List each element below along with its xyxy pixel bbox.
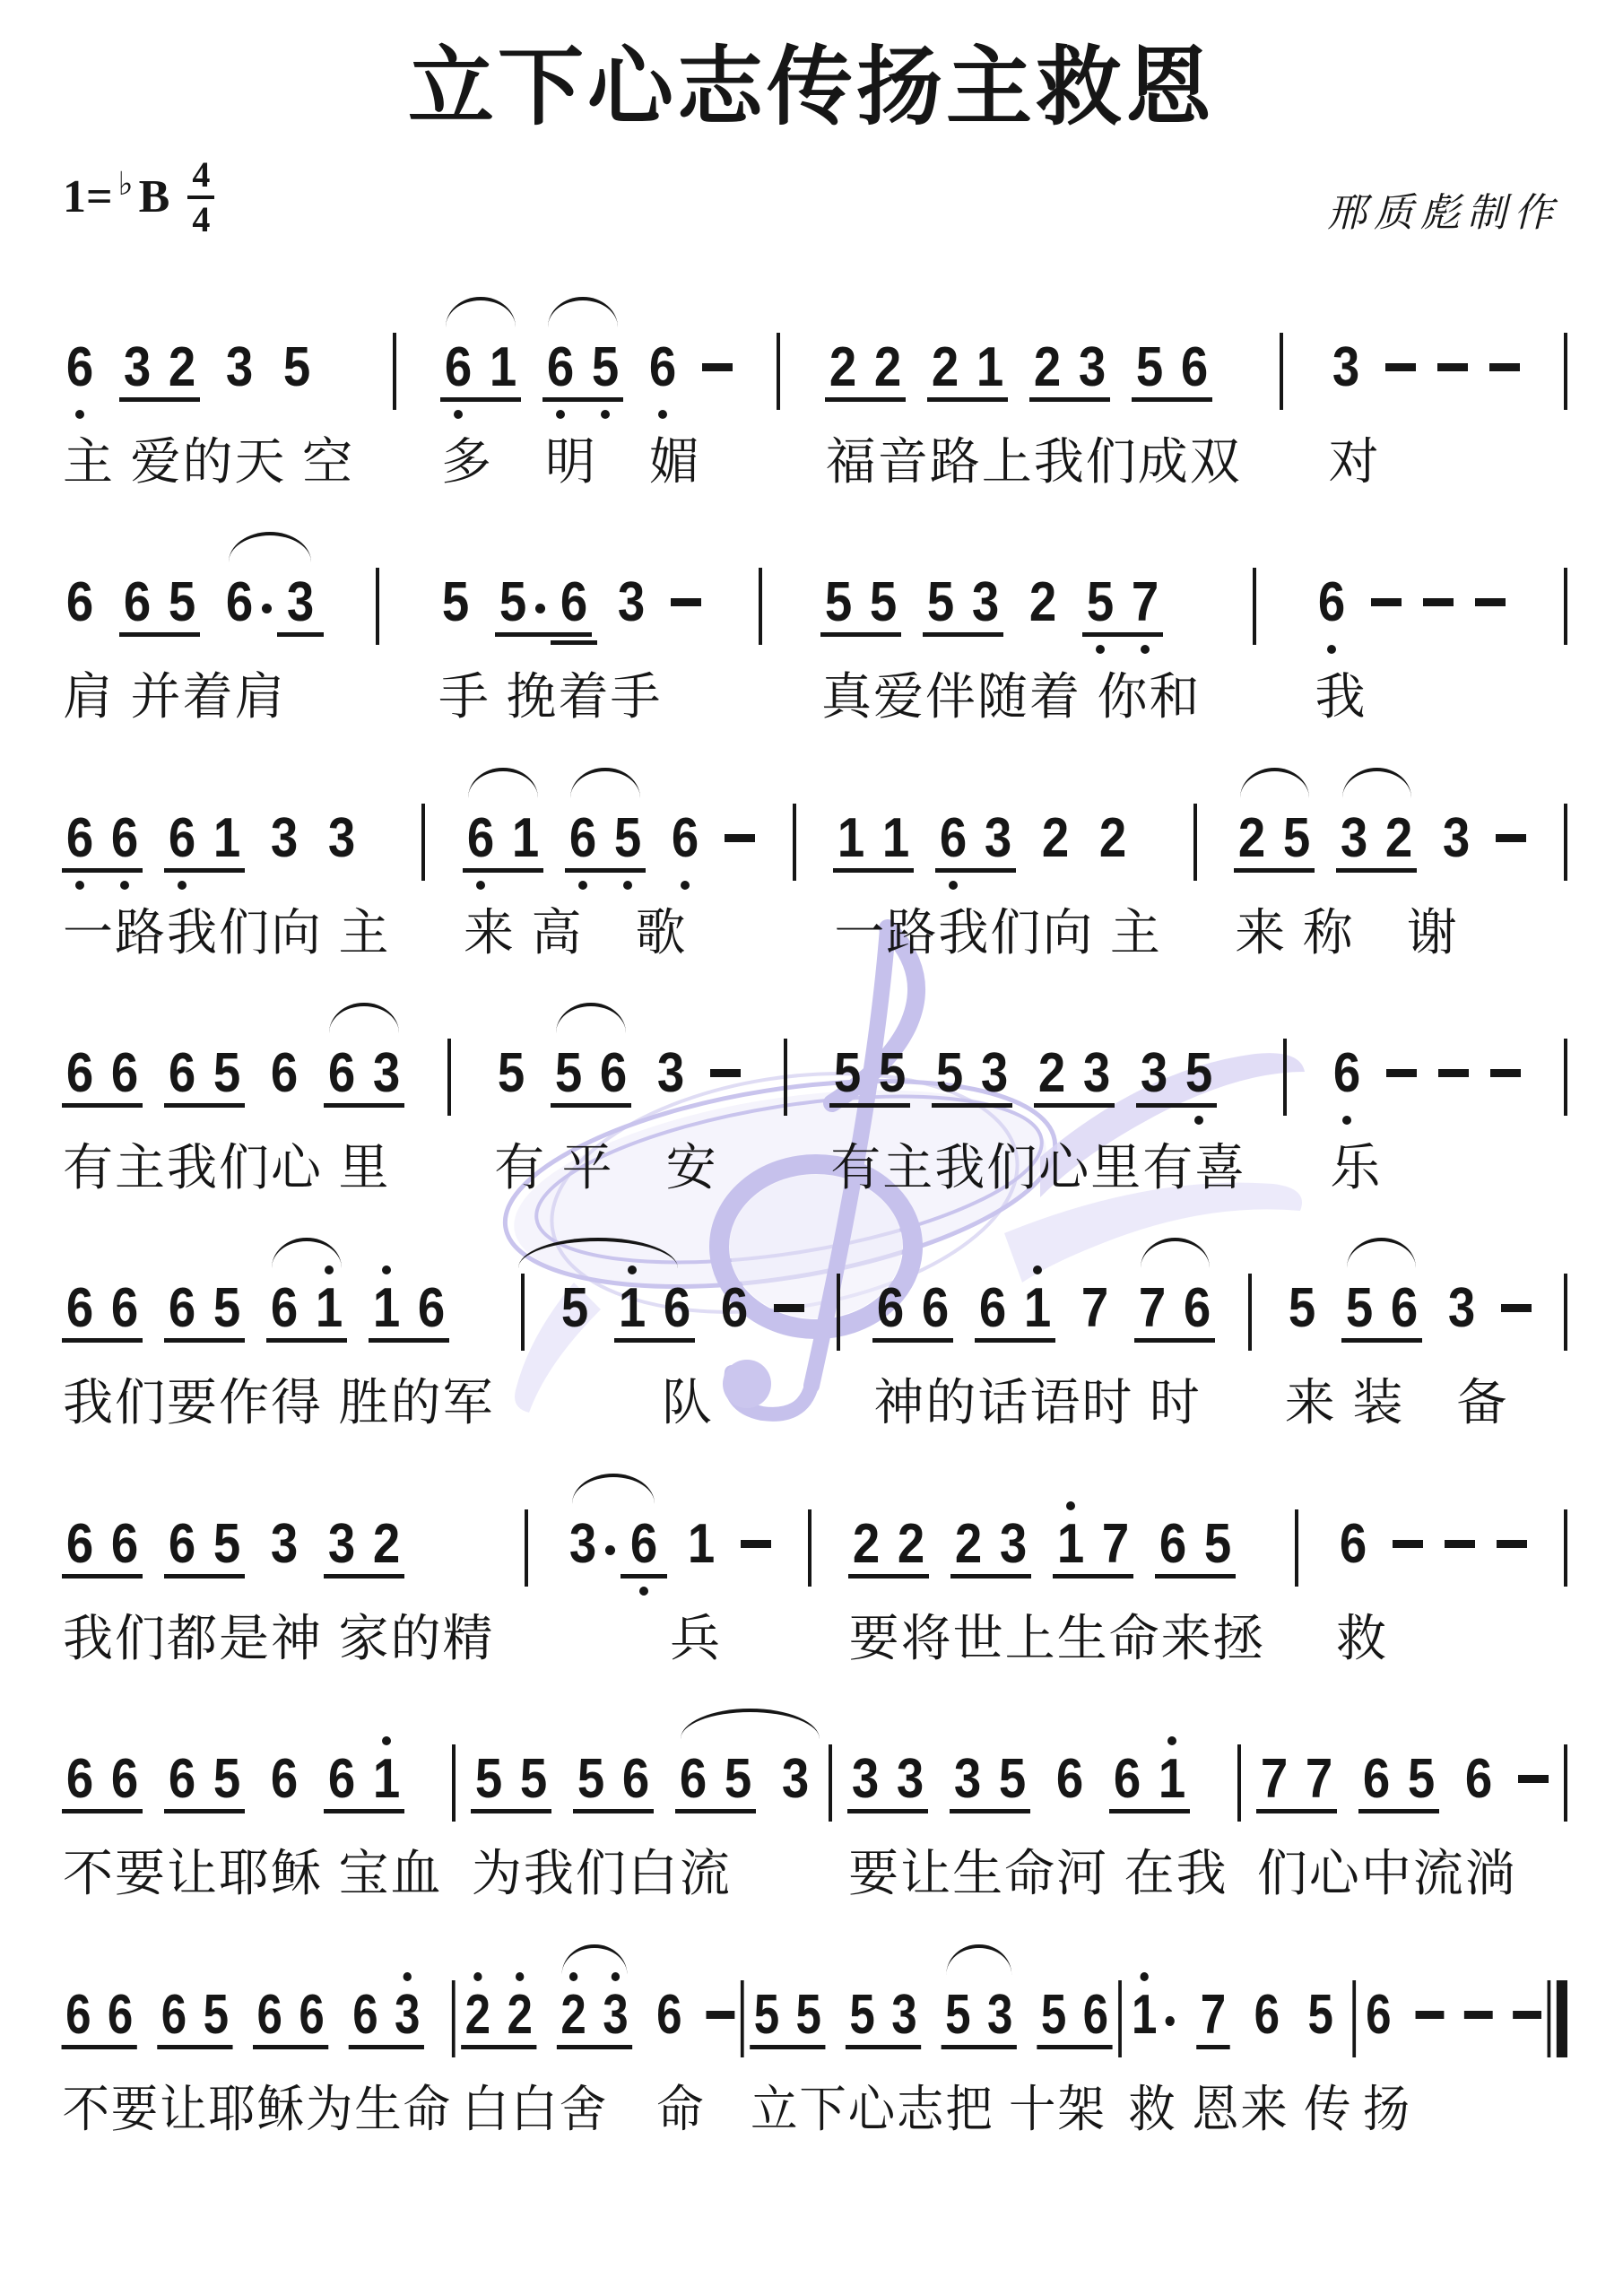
note-digit: 6: [105, 1987, 136, 2043]
note: 7: [1126, 530, 1164, 665]
slur: [518, 1238, 678, 1268]
barline: [829, 1744, 832, 1822]
lyrics: 乐: [1323, 1139, 1527, 1196]
duration-dash: [774, 1304, 804, 1312]
note: 6: [542, 295, 579, 430]
final-bar-thin: [1548, 1980, 1551, 2057]
note-group: [773, 1236, 805, 1370]
note-digit: 3: [121, 340, 154, 396]
lyrics: 我们都是神 家的精: [56, 1610, 495, 1667]
note-group: [1422, 530, 1454, 665]
note: 6: [617, 1707, 655, 1841]
note: 7: [1255, 1707, 1293, 1841]
note-digit: 6: [108, 1517, 142, 1572]
note-group: 2: [1094, 766, 1132, 900]
measure: 55535356立下心志把 十架: [744, 1943, 1119, 2138]
note: [1385, 1001, 1418, 1135]
note-digit: 6: [108, 1281, 142, 1336]
low-octave-dot: [75, 410, 84, 419]
lyrics: 要让生命河 在我: [841, 1845, 1228, 1902]
note-digit: 2: [463, 1987, 494, 2043]
note: 3: [1073, 295, 1111, 430]
note-digit: 5: [1285, 1281, 1318, 1336]
measure: 361 兵: [559, 1472, 777, 1667]
time-signature: 4 4: [187, 157, 214, 238]
note: 3: [221, 295, 258, 430]
notes-row: 116322: [827, 766, 1162, 900]
note: 6: [1313, 530, 1350, 665]
note: 5: [1199, 1472, 1237, 1606]
system-line: 6665663有主我们心 里5563有 平 安55532335有主我们心里有喜6…: [56, 1001, 1567, 1196]
note: 3: [118, 295, 156, 430]
note: [1384, 295, 1417, 430]
note: 7: [1133, 1236, 1171, 1370]
note-digit: 1: [486, 340, 519, 396]
note-digit: 5: [495, 1046, 528, 1101]
note-digit: 6: [325, 1046, 359, 1101]
note-group: 65: [163, 1472, 246, 1606]
augmentation-dot: [605, 1545, 615, 1555]
low-octave-dot: [639, 1587, 648, 1596]
note-digit: 6: [874, 1281, 907, 1336]
note: 6: [106, 1236, 143, 1370]
system-line: 66656663不要让耶稣为生命22236白白舍 命55535356立下心志把 …: [56, 1943, 1471, 2138]
note-group: [1385, 1001, 1418, 1135]
low-octave-dot: [1096, 645, 1105, 654]
note: 3: [390, 1943, 425, 2077]
song-title: 立下心志传扬主救恩: [0, 43, 1623, 134]
note: 3: [1443, 1236, 1480, 1370]
notes-row: 5166: [551, 1236, 811, 1370]
note: 6: [323, 1001, 360, 1135]
high-octave-dot: [628, 1265, 637, 1274]
barline: [1193, 804, 1197, 881]
note-group: 61: [1108, 1707, 1191, 1841]
note: [1444, 1472, 1476, 1606]
note-digit: 2: [1026, 575, 1059, 631]
note: 3: [1135, 1001, 1173, 1135]
note-digit: 6: [296, 1987, 327, 2043]
lyrics: 我们要作得 胜的军: [56, 1374, 495, 1431]
note-digit: 5: [611, 811, 644, 866]
note: 3: [652, 1001, 690, 1135]
lyrics: 来 高 歌: [456, 904, 761, 961]
note-group: 6: [61, 530, 99, 665]
note-group: 6: [1328, 1001, 1366, 1135]
note-digit: 5: [1305, 1987, 1336, 2043]
note-group: 3: [221, 295, 258, 430]
notes-row: 666133: [56, 766, 391, 900]
note-digit: 5: [1083, 575, 1116, 631]
note-digit: 3: [223, 340, 256, 396]
barline: [784, 1039, 787, 1116]
note: [773, 1236, 805, 1370]
note: 3: [368, 1001, 405, 1135]
note: 1: [1127, 1943, 1162, 2077]
duration-dash: [1386, 1069, 1417, 1077]
note-group: 53: [922, 530, 1004, 665]
note-digit: 7: [1098, 1517, 1132, 1572]
note-digit: 5: [846, 1987, 878, 2043]
note: 7: [1076, 1236, 1114, 1370]
note-group: 6: [1334, 1472, 1372, 1606]
note: 3: [983, 1943, 1018, 2077]
note-group: [1436, 295, 1469, 430]
note: 6: [564, 766, 602, 900]
note-digit: 6: [64, 1046, 97, 1101]
note: 3: [887, 1943, 922, 2077]
measure: 5563有 平 安: [487, 1001, 747, 1196]
measure: 55532335有主我们心里有喜: [823, 1001, 1246, 1196]
notes-row: 5563: [487, 1001, 747, 1135]
note-digit: 6: [1156, 1517, 1189, 1572]
note-digit: 5: [821, 575, 855, 631]
key-prefix: 1=: [63, 170, 113, 223]
note: 1: [507, 766, 544, 900]
measure: 5556653为我们白流: [464, 1707, 820, 1902]
measure: 3335661要让生命河 在我: [841, 1707, 1228, 1902]
note-group: 56: [572, 1707, 655, 1841]
note: 6: [61, 1236, 99, 1370]
lyrics: 主 爱的天 空: [56, 433, 354, 491]
note: [1463, 1943, 1494, 2077]
note-digit: 2: [871, 340, 904, 396]
note-group: 3: [1327, 295, 1365, 430]
note: [1422, 530, 1454, 665]
note-group: [740, 1472, 772, 1606]
high-octave-dot: [404, 1972, 412, 1981]
final-barline: [1548, 1980, 1567, 2057]
note: 6: [1108, 1707, 1146, 1841]
note: 6: [265, 1001, 303, 1135]
note-digit: 6: [108, 1046, 142, 1101]
note-digit: 6: [1462, 1752, 1495, 1807]
high-octave-dot: [569, 1972, 577, 1981]
system-line: 63235主 爱的天 空61656多 明 媚22212356福音路上我们成双3对: [56, 295, 1567, 491]
note-digit: 6: [976, 1281, 1010, 1336]
note-digit: 1: [508, 811, 542, 866]
high-octave-dot: [516, 1972, 524, 1981]
note-digit: 5: [588, 340, 621, 396]
note: 3: [1335, 766, 1373, 900]
low-octave-dot: [75, 881, 84, 890]
note-digit: 6: [543, 340, 577, 396]
notes-row: 6665663: [56, 1001, 411, 1135]
notes-row: 6665332: [56, 1472, 495, 1606]
note-digit: 6: [64, 340, 97, 396]
note-group: 61: [974, 1236, 1056, 1370]
note-group: 3: [1443, 1236, 1480, 1370]
note: 6: [106, 1472, 143, 1606]
note: 5: [922, 530, 959, 665]
notes-row: 1765: [1122, 1943, 1353, 2077]
note-digit: 5: [166, 575, 199, 631]
note: 6: [716, 1236, 753, 1370]
note: 1: [613, 1236, 651, 1370]
barline: [1564, 333, 1567, 410]
time-signature-bottom: 4: [192, 199, 210, 238]
duration-dash: [1501, 1304, 1532, 1312]
note-digit: 7: [1257, 1752, 1290, 1807]
note-digit: 3: [325, 1517, 359, 1572]
note: 6: [439, 295, 477, 430]
note-group: [1488, 295, 1521, 430]
note: 3: [564, 1472, 602, 1606]
note-digit: 6: [1177, 340, 1211, 396]
note: 3: [967, 530, 1004, 665]
note: 6: [1334, 1472, 1372, 1606]
lyrics: 福音路上我们成双: [819, 433, 1242, 491]
note: 1: [368, 1236, 405, 1370]
note-digit: 6: [1337, 1517, 1370, 1572]
augmentation-dot: [1166, 2016, 1175, 2026]
note-group: 61: [163, 766, 246, 900]
duration-dash: [1497, 1540, 1527, 1548]
note-group: 3: [323, 766, 360, 900]
note-group: 3: [1437, 766, 1475, 900]
note: 5: [515, 1707, 552, 1841]
note-group: 5: [437, 530, 474, 665]
barline: [793, 804, 796, 881]
note-group: 3: [265, 766, 303, 900]
note: 6: [156, 1943, 191, 2077]
note-group: 65: [564, 766, 647, 900]
flat-sign: ♭: [118, 166, 134, 203]
note-digit: 6: [223, 575, 256, 631]
note-group: 65: [163, 1707, 246, 1841]
note: 2: [368, 1472, 405, 1606]
notes-row: 6: [1323, 1001, 1527, 1135]
lyrics: 一路我们向 主: [56, 904, 391, 961]
note-digit: 1: [685, 1517, 718, 1572]
note: 6: [106, 766, 143, 900]
lyrics: 要将世上生命来拯: [842, 1610, 1265, 1667]
note: 2: [824, 295, 862, 430]
duration-dash: [1437, 363, 1468, 371]
note-digit: 2: [370, 1517, 404, 1572]
note-digit: 6: [64, 1281, 97, 1336]
note-group: 65: [542, 295, 624, 430]
note-digit: 3: [567, 1517, 600, 1572]
note: 6: [163, 1707, 201, 1841]
note: 3: [1078, 1001, 1115, 1135]
note-group: 65: [163, 1001, 246, 1135]
note: 6: [348, 1943, 383, 2077]
note-group: 2: [1037, 766, 1074, 900]
note-digit: 6: [1363, 1987, 1394, 2043]
measure: 25323来 称 谢: [1228, 766, 1532, 961]
note: 2: [556, 1943, 591, 2077]
notes-row: 6: [1356, 1943, 1547, 2077]
note: 5: [492, 1001, 530, 1135]
note: 5: [609, 766, 647, 900]
note-digit: 2: [951, 1517, 985, 1572]
note-group: 65: [156, 1943, 233, 2077]
note-digit: 6: [166, 1281, 199, 1336]
note: 6: [102, 1943, 137, 2077]
note-digit: 3: [614, 575, 647, 631]
note-digit: 3: [982, 811, 1015, 866]
note-group: 1: [1127, 1943, 1177, 2077]
note: 7: [1300, 1707, 1338, 1841]
note: 1: [832, 766, 870, 900]
note: 6: [1154, 1472, 1192, 1606]
note-digit: 5: [996, 1752, 1029, 1807]
note-digit: 5: [438, 575, 472, 631]
note-group: 55: [820, 530, 902, 665]
note-digit: 5: [201, 1987, 232, 2043]
note-group: 6: [652, 1943, 687, 2077]
note-digit: 2: [928, 340, 961, 396]
low-octave-dot: [623, 881, 632, 890]
final-bar-thick: [1557, 1980, 1567, 2057]
note: 5: [864, 530, 902, 665]
note: [1496, 1472, 1528, 1606]
note-underline: [621, 1574, 667, 1578]
note-digit: 5: [211, 1517, 244, 1572]
note-digit: 6: [325, 1752, 359, 1807]
barline: [1295, 1509, 1298, 1587]
note-digit: 1: [1156, 1752, 1189, 1807]
measure: 66656663不要让耶稣为生命: [56, 1943, 452, 2138]
note-digit: 5: [1280, 811, 1314, 866]
note-digit: 3: [284, 575, 317, 631]
note: [701, 295, 733, 430]
note: 7: [1097, 1472, 1134, 1606]
note-digit: 5: [211, 1046, 244, 1101]
note: 6: [1078, 1943, 1113, 2077]
note: 2: [869, 295, 907, 430]
note: [1415, 1943, 1445, 2077]
note-digit: 2: [849, 1517, 882, 1572]
note-group: [1495, 766, 1527, 900]
note-group: 23: [1033, 1001, 1115, 1135]
note: 1: [1052, 1472, 1089, 1606]
note: 5: [198, 1943, 233, 2077]
measure: 6661776神的话语时 时: [866, 1236, 1221, 1431]
notes-row: 6665661: [56, 1707, 443, 1841]
note: 2: [1094, 766, 1132, 900]
note-digit: 6: [676, 1752, 709, 1807]
note-underline: [551, 640, 597, 645]
note-group: 56: [550, 1001, 632, 1135]
note: 5: [1278, 766, 1315, 900]
note: 5: [494, 530, 532, 665]
note: [1474, 530, 1506, 665]
note: [1512, 1943, 1542, 2077]
note-digit: 6: [166, 1517, 199, 1572]
duration-dash: [1371, 598, 1402, 606]
note-group: 56: [1036, 1943, 1113, 2077]
note-digit: 5: [831, 1046, 864, 1101]
measure: 6我: [1307, 530, 1512, 726]
note-group: 32: [323, 1472, 405, 1606]
duration-dash: [1518, 1775, 1549, 1783]
note-digit: 6: [63, 1987, 94, 2043]
low-octave-dot: [578, 881, 587, 890]
note-digit: 5: [558, 1281, 591, 1336]
duration-dash: [1423, 598, 1454, 606]
note-group: 16: [368, 1236, 450, 1370]
note-digit: 3: [392, 1987, 423, 2043]
notes-row: 66656663: [56, 1943, 452, 2077]
lyrics: 有主我们心里有喜: [823, 1139, 1246, 1196]
duration-dash: [1513, 2011, 1541, 2019]
note-group: [1415, 1943, 1445, 2077]
notes-row: 6: [1307, 530, 1512, 665]
low-octave-dot: [1194, 1116, 1203, 1125]
note: 2: [1028, 295, 1066, 430]
lyrics: 兵: [559, 1610, 777, 1667]
note-digit: 5: [942, 1987, 974, 2043]
key-signature: 1=♭B 4 4: [63, 157, 214, 238]
note-group: 53: [941, 1943, 1018, 2077]
measure: 22212356福音路上我们成双: [819, 295, 1242, 491]
note-digit: 6: [166, 1046, 199, 1101]
note-digit: 6: [1387, 1281, 1420, 1336]
note: [709, 1001, 742, 1135]
note-group: 65: [1358, 1707, 1440, 1841]
note-group: 66: [61, 1472, 143, 1606]
note-group: 65: [163, 1236, 246, 1370]
note: 5: [470, 1707, 508, 1841]
note-digit: 5: [866, 575, 899, 631]
note-digit: 3: [1081, 1046, 1114, 1101]
measure: 6665661不要让耶稣 宝血: [56, 1707, 443, 1902]
notes-row: 63235: [56, 295, 354, 430]
note-group: [1392, 1472, 1424, 1606]
barline: [393, 333, 396, 410]
note: 1: [971, 295, 1009, 430]
note: 3: [979, 766, 1017, 900]
low-octave-dot: [1141, 645, 1150, 654]
measure: 61656来 高 歌: [456, 766, 761, 961]
duration-dash: [1475, 598, 1506, 606]
note: 6: [625, 1472, 663, 1606]
note: 5: [1036, 1943, 1071, 2077]
note: 6: [61, 1001, 99, 1135]
note: 5: [1303, 1943, 1338, 2077]
note-group: [1474, 530, 1506, 665]
note: 5: [1081, 530, 1119, 665]
note: 6: [1178, 1236, 1216, 1370]
measure: 5563来 装 备: [1278, 1236, 1538, 1431]
note-group: 63: [221, 530, 319, 665]
note: 3: [949, 1707, 986, 1841]
barline: [1564, 804, 1567, 881]
note-digit: 3: [1138, 1046, 1171, 1101]
note-digit: 6: [108, 811, 142, 866]
note-digit: 3: [1329, 340, 1362, 396]
note-group: 63: [323, 1001, 405, 1135]
note: 6: [265, 1707, 303, 1841]
notes-row: 5563: [1278, 1236, 1538, 1370]
note-group: 23: [1028, 295, 1111, 430]
note-group: 3: [652, 1001, 690, 1135]
low-octave-dot: [556, 410, 565, 419]
note-group: 53: [845, 1943, 922, 2077]
notes-row: 55535356: [744, 1943, 1119, 2077]
note: 5: [437, 530, 474, 665]
note-digit: 2: [1030, 340, 1063, 396]
note-digit: 3: [1445, 1281, 1478, 1336]
measure: 5563手 挽着手: [431, 530, 707, 726]
note: 6: [163, 1236, 201, 1370]
note-group: 61: [462, 766, 544, 900]
note-group: 56: [1341, 1236, 1423, 1370]
note-group: 7: [1076, 1236, 1114, 1370]
note-group: 63: [348, 1943, 425, 2077]
